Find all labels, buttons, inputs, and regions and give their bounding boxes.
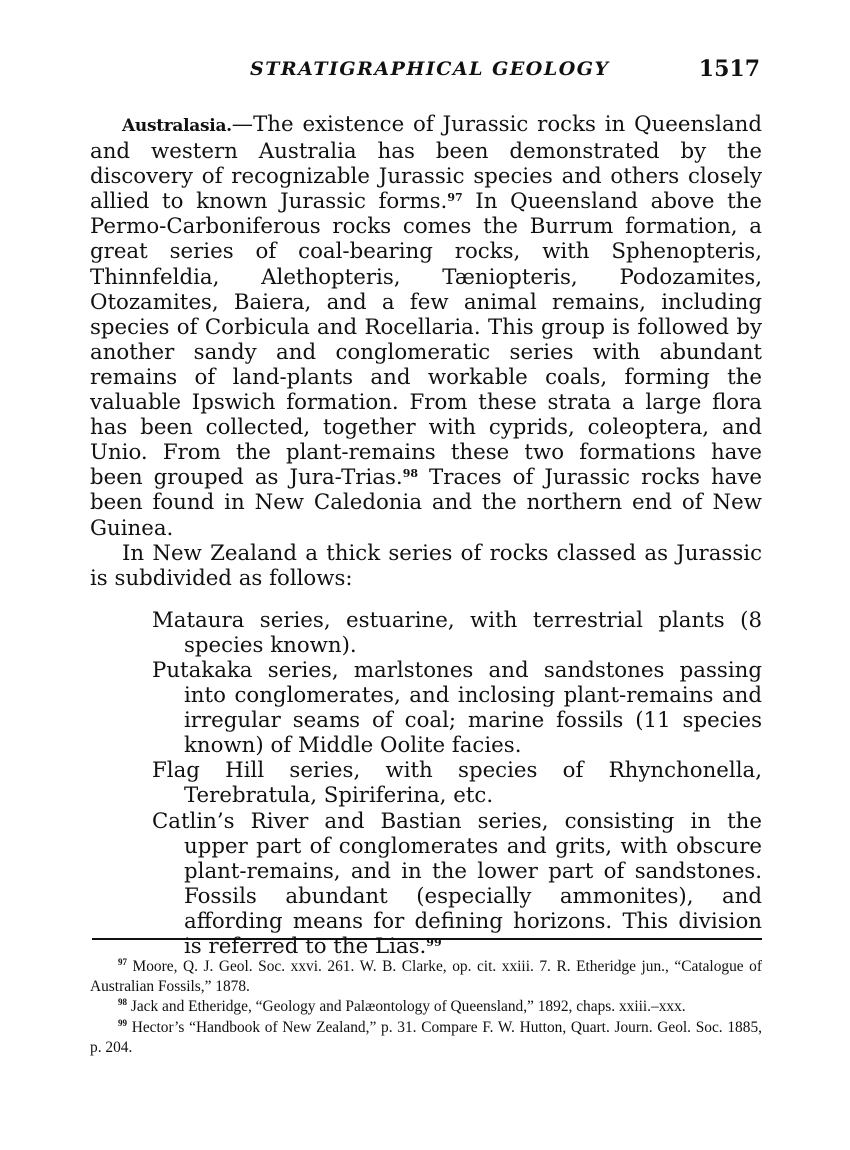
- section-run-in-heading: Australasia.: [122, 116, 232, 136]
- body-text: Australasia.—The existence of Jurassic r…: [90, 112, 762, 959]
- paragraph-text: In Queensland above the Permo-Carbonifer…: [90, 189, 762, 490]
- series-item: Catlin’s River and Bastian series, consi…: [152, 809, 762, 960]
- footnote: 97 Moore, Q. J. Geol. Soc. xxvi. 261. W.…: [90, 957, 762, 997]
- series-text: Putakaka series, marlstones and sandston…: [152, 658, 762, 758]
- page-number: 1517: [699, 56, 760, 82]
- paragraph-new-zealand: In New Zealand a thick series of rocks c…: [90, 541, 762, 591]
- footnote-text: Hector’s “Handbook of New Zealand,” p. 3…: [90, 1019, 762, 1056]
- series-text: Mataura series, estuarine, with terrestr…: [152, 608, 762, 658]
- running-head: STRATIGRAPHICAL GEOLOGY: [250, 58, 610, 80]
- page-header: STRATIGRAPHICAL GEOLOGY 1517: [90, 58, 762, 88]
- footnote-ref[interactable]: 97: [447, 191, 462, 204]
- footnote-number: 98: [118, 997, 127, 1007]
- series-text: Flag Hill series, with species of Rhynch…: [152, 758, 762, 808]
- footnote-text: Moore, Q. J. Geol. Soc. xxvi. 261. W. B.…: [90, 958, 762, 995]
- series-text: Catlin’s River and Bastian series, consi…: [152, 809, 762, 959]
- footnote-text: Jack and Etheridge, “Geology and Palæont…: [127, 998, 686, 1015]
- series-item: Flag Hill series, with species of Rhynch…: [152, 758, 762, 808]
- footnote: 99 Hector’s “Handbook of New Zealand,” p…: [90, 1018, 762, 1058]
- footnotes: 97 Moore, Q. J. Geol. Soc. xxvi. 261. W.…: [90, 957, 762, 1058]
- series-item: Mataura series, estuarine, with terrestr…: [152, 608, 762, 658]
- paragraph-australasia: Australasia.—The existence of Jurassic r…: [90, 112, 762, 541]
- footnote-number: 97: [118, 957, 127, 967]
- footnote-divider: [92, 938, 762, 943]
- series-list: Mataura series, estuarine, with terrestr…: [90, 608, 762, 959]
- series-item: Putakaka series, marlstones and sandston…: [152, 658, 762, 758]
- footnote: 98 Jack and Etheridge, “Geology and Palæ…: [90, 997, 762, 1017]
- footnote-number: 99: [118, 1018, 127, 1028]
- footnote-ref[interactable]: 98: [403, 467, 418, 480]
